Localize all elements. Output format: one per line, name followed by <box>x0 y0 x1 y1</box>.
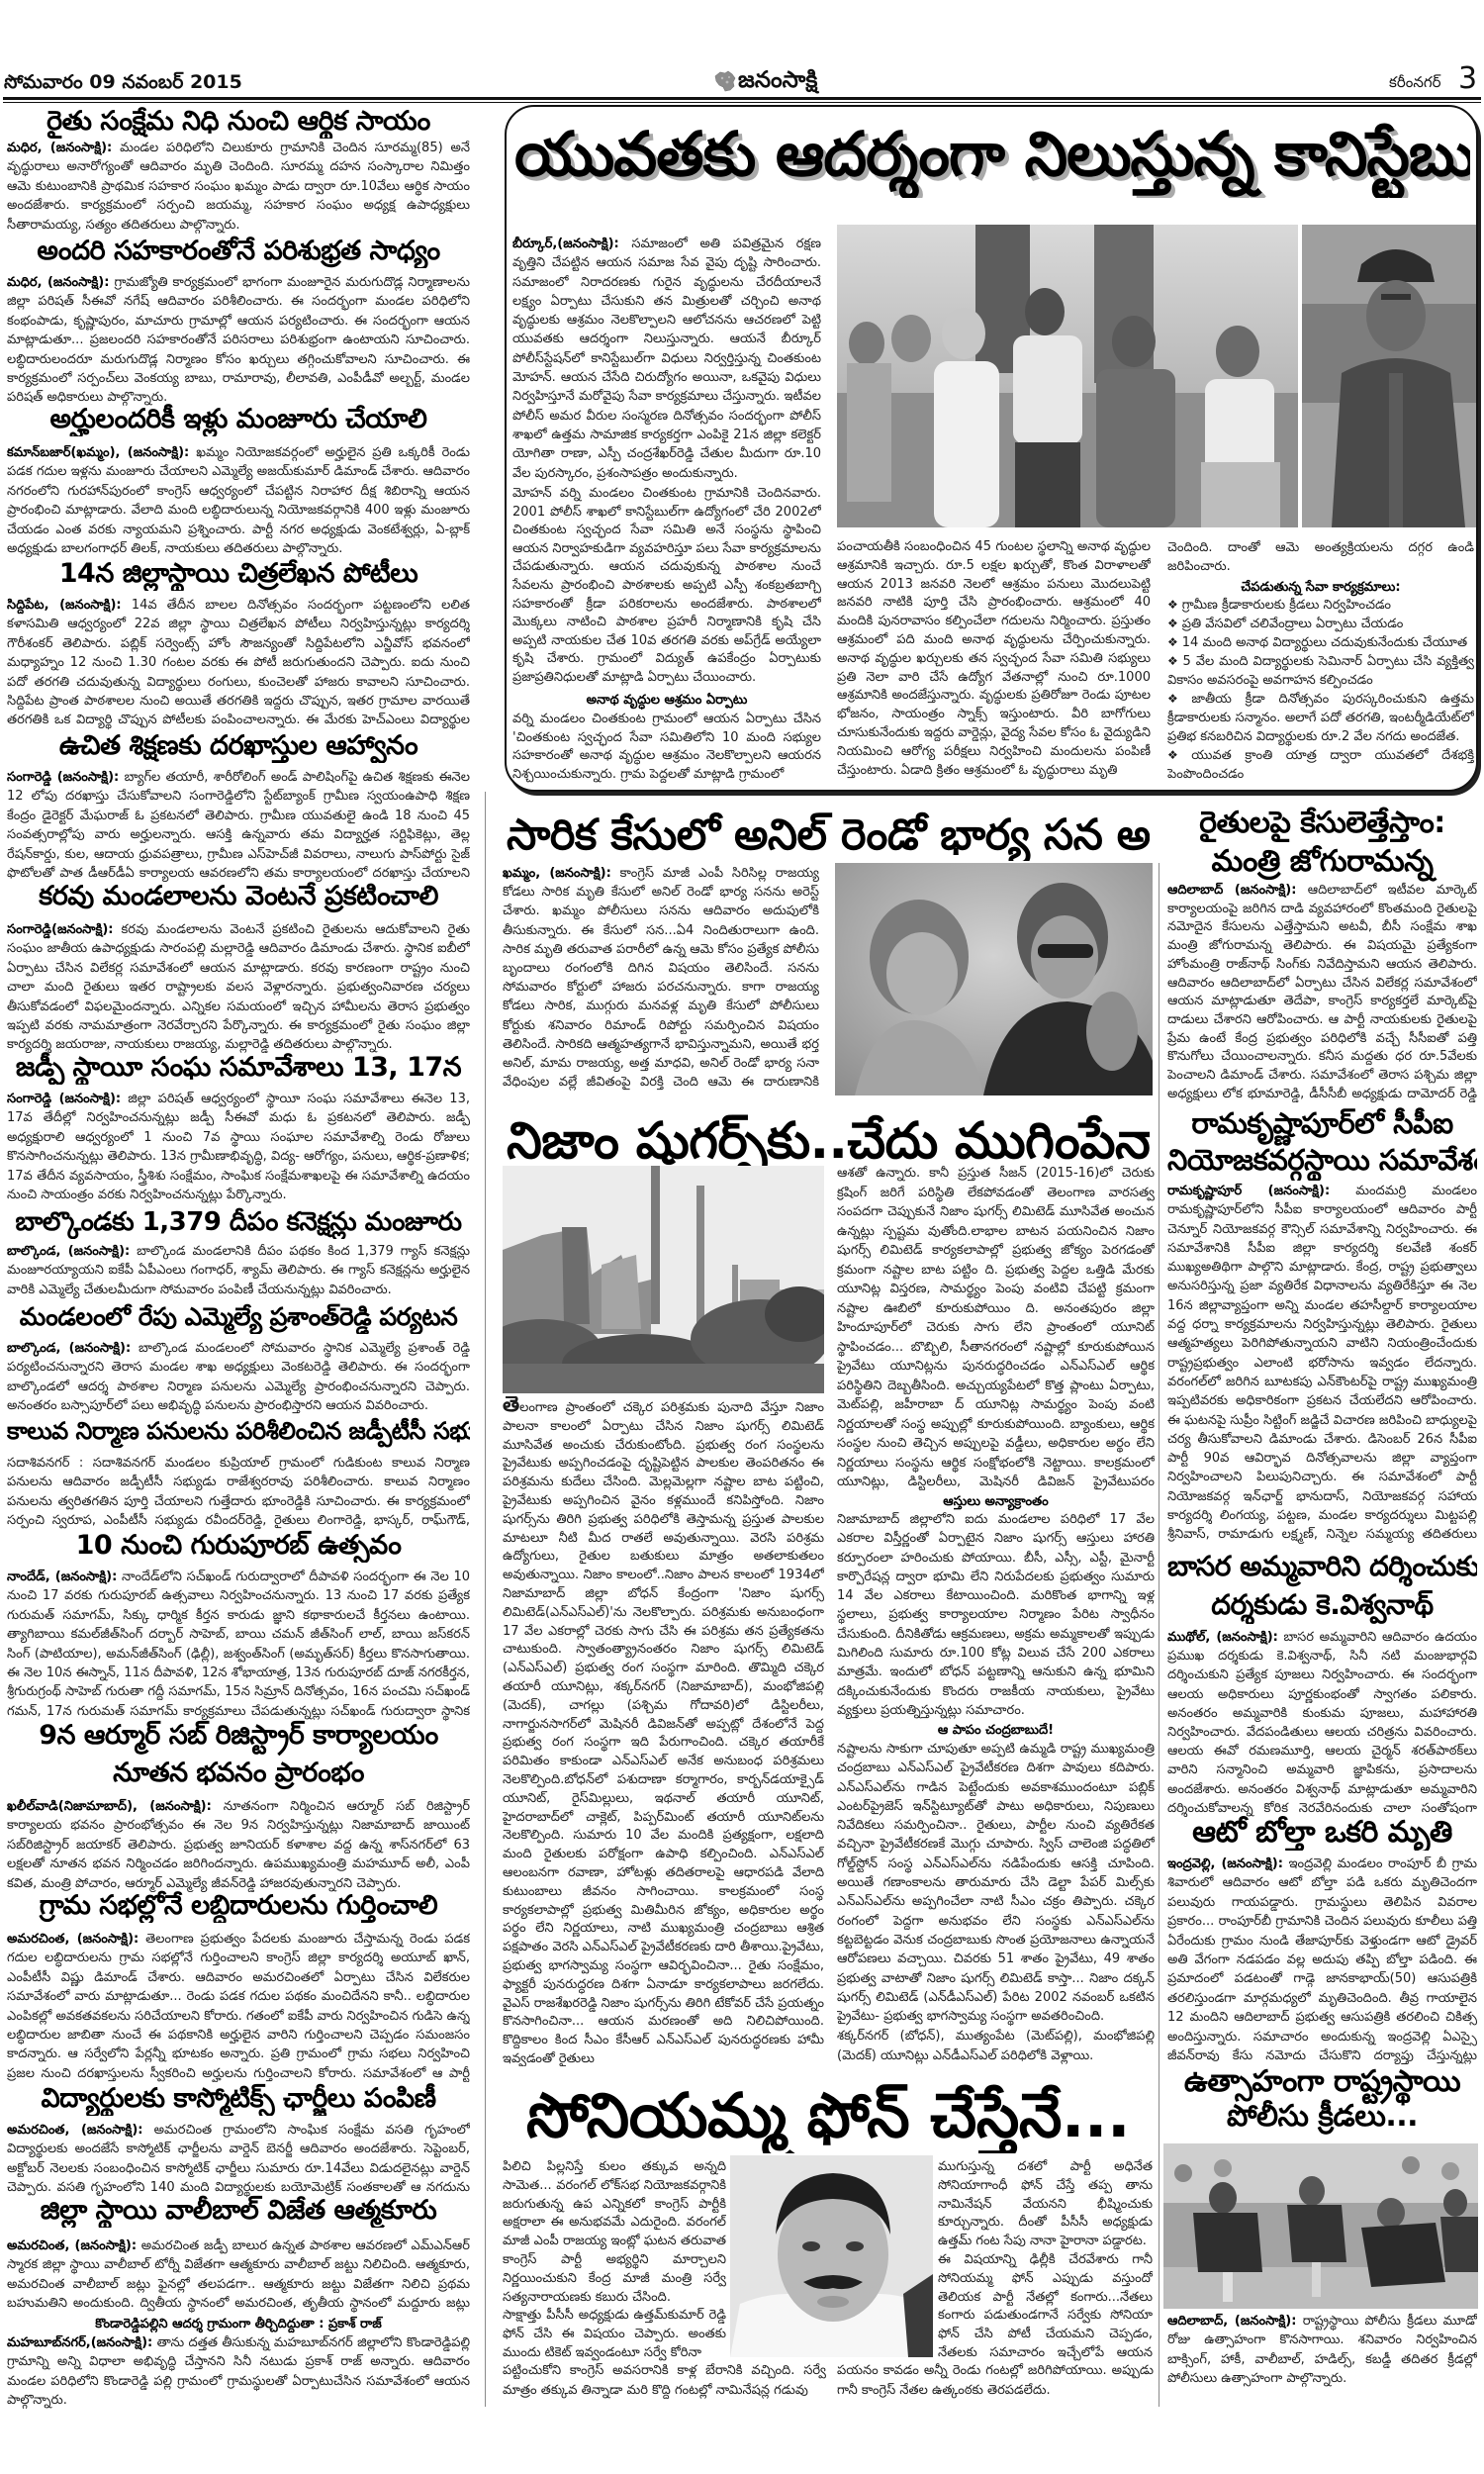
bullet-icon: ❖ <box>1167 748 1187 762</box>
nizam-subheading: ఆస్తులు అన్యాక్రాంతం <box>837 1492 1155 1511</box>
article-headline: రైతు సంక్షేమ నిధి నుంచి ఆర్థిక సాయం <box>7 105 470 139</box>
dateline: ఇంద్రవెల్లి, (జనంసాక్షి): <box>1167 1856 1283 1871</box>
article-headline: 10 నుంచి గురుపూరబ్ ఉత్సవం <box>7 1529 470 1563</box>
article-body: అమరచింత, (జనంసాక్షి): తెలంగాణ ప్రభుత్వం … <box>7 1930 470 2084</box>
headline-line: పోలీసు క్రీడలు... <box>1167 2099 1477 2134</box>
dateline: సంగారెడ్డి(జనంసాక్షి): <box>7 922 114 937</box>
article-body: బాల్కొండ, (జనంసాక్షి): బాల్కొండ మండలానిక… <box>7 1242 470 1300</box>
article-headline: ఉత్సాహంగా రాష్ట్రస్థాయి పోలీసు క్రీడలు..… <box>1167 2064 1477 2136</box>
dateline: సంగారెడ్డి (జనంసాక్షి): <box>7 1092 121 1106</box>
dateline: నాందేడ్, (జనంసాక్షి): <box>7 1570 117 1584</box>
body-text: లంగాణ ప్రాంతంలో చక్కెర పరిశ్రమకు పునాది … <box>503 1400 824 2066</box>
dateline: ముథోల్, (జనంసాక్షి): <box>1167 1630 1278 1645</box>
headline-line: 9న ఆర్మూర్ సబ్ రిజిస్ట్రార్ కార్యాలయం <box>7 1717 470 1755</box>
headline-line: దర్శకుడు కె.విశ్వనాథ్ <box>1167 1585 1477 1624</box>
headline-line: బాసర అమ్మవారిని దర్శించుకున్న <box>1167 1547 1477 1585</box>
feature-body-p5: చెందింది. దాంతో ఆమె అంత్యక్రియలను దగ్గర … <box>1167 538 1474 576</box>
list-item-text: 14 మంది అనాథ విద్యార్థులు చదువుకునేందుకు… <box>1182 635 1467 650</box>
dateline: అమరచింత, (జనంసాక్షి): <box>7 2123 142 2138</box>
body-text: మందమర్రి మండలం రామకృష్ణాపూర్‌లోని సీపీఐ … <box>1167 1184 1477 1546</box>
bullet-icon: ❖ <box>1167 635 1178 649</box>
nizam-body-right-p2: నిజామాబాద్ జిల్లాలోని ఐదు మండలాల పరిధిలో… <box>837 1510 1155 1720</box>
article-subheadline: కొండారెడ్డిపల్లిని ఆదర్శ గ్రామంగా తీర్చి… <box>7 2315 470 2333</box>
masthead-rule-thin <box>3 102 1481 103</box>
service-activities-list: ❖గ్రామీణ క్రీడాకారులకు క్రీడలు నిర్వహించ… <box>1167 596 1474 786</box>
headline-line: రైతులపై కేసులెత్తేస్తాం: <box>1167 804 1477 842</box>
masthead-rule-thick <box>3 97 1481 100</box>
sonia-body-right-p2: ఈ విషయాన్ని ఢిల్లీకి చేరవేశారు గానీ సోని… <box>938 2251 1153 2363</box>
dateline: బాల్కొండ, (జనంసాక్షి): <box>7 1244 130 1259</box>
article-body: సంగారెడ్డి (జనంసాక్షి): జిల్లా పరిషత్ ఆధ… <box>7 1090 470 1205</box>
page-number: 3 <box>1458 61 1477 97</box>
body-text: ఆదిలాబాద్‌లో ఇటీవల మార్కెట్ కార్యాలయంపై … <box>1167 883 1477 1103</box>
photo-police-kabaddi-match <box>1163 2143 1478 2309</box>
article-headline: కాలువ నిర్మాణ పనులను పరిశీలించిన జడ్పీటీ… <box>7 1414 470 1448</box>
headline-line: నియోజకవర్గస్థాయి సమావేశం <box>1167 1142 1477 1179</box>
body-text: బ్యాగ్‌ల తయారీ, శారీరోలింగ్ అండ్ పాలిషిం… <box>7 770 470 884</box>
nizam-body-right-p1: ఆశతో ఉన్నారు. కానీ ప్రస్తుత సీజన్ (2015-… <box>837 1164 1155 1492</box>
edition-name: కరీంనగర్ <box>1389 70 1441 94</box>
body-text: ఖమ్మం నియోజకవర్గంలో అర్హులైన ప్రతి ఒక్కర… <box>7 445 470 556</box>
list-item-text: జాతీయ క్రీడా దినోత్సవం పురస్కరించుకుని ఉ… <box>1167 692 1474 744</box>
feature-body-p2: మోహన్ వర్ని మండలం చింతకుంట గ్రామానికి చె… <box>512 485 821 688</box>
feature-body-p4: పంచాయతీకి సంబంధించిన 45 గుంటల స్థలాన్ని … <box>837 538 1151 782</box>
article-body: మధిర, (జనంసాక్షి): గ్రామజ్యోతి కార్యక్రమ… <box>7 273 470 409</box>
article-headline: 14న జిల్లాస్థాయి చిత్రలేఖన పోటీలు <box>7 557 470 591</box>
body-text: నాందేడ్‌లోని సచ్‌ఖండ్ గురుద్వారాలో దీపావ… <box>7 1570 470 1722</box>
article-headline: ఉచిత శిక్షణకు దరఖాస్తుల ఆహ్వానం <box>7 729 470 763</box>
article-body: మధిర, (జనంసాక్షి): మండల పరిధిలోని చిలుకూ… <box>7 139 470 236</box>
sarika-body: ఖమ్మం, (జనంసాక్షి): కాంగ్రెస్ మాజీ ఎంపీ … <box>503 864 819 1094</box>
body-text: జిల్లా పరిషత్ ఆధ్వర్యంలో స్థాయీ సంఘ సమావ… <box>7 1092 470 1202</box>
dateline: రామకృష్ణాపూర్ (జనంసాక్షి): <box>1167 1184 1330 1198</box>
column-divider-right <box>1159 863 1159 2407</box>
column-divider-left <box>485 792 486 2407</box>
article-headline: రైతులపై కేసులెత్తేస్తాం: మంత్రి జోగురామన… <box>1167 804 1477 883</box>
dateline: ఖమ్మం, (జనంసాక్షి): <box>503 866 611 881</box>
dateline: అమరచింత, (జనంసాక్షి): <box>7 2238 137 2253</box>
sonia-body-bottom-left: పట్టించుకోని కాంగ్రెస్ అవసరానికి కాళ్ల బ… <box>503 2361 826 2401</box>
list-item-text: ప్రతి వేసవిలో చలివేంద్రాలు ఏర్పాటు చేయడం <box>1182 617 1404 631</box>
list-item: ❖14 మంది అనాథ విద్యార్థులు చదువుకునేందుక… <box>1167 633 1474 652</box>
article-body: ఇంద్రవెల్లి, (జనంసాక్షి): ఇంద్రవెల్లి మం… <box>1167 1855 1477 2065</box>
photo-elderly-men-at-ashram <box>837 225 1298 527</box>
body-text: బాసర అమ్మవారిని ఆదివారం ఉదయం ప్రముఖ దర్శ… <box>1167 1630 1477 1818</box>
body-text: సమాజంలో అతి పవిత్రమైన రక్షణ వృత్తిని చేప… <box>512 237 821 481</box>
article-headline: బాల్కొండకు 1,379 దీపం కనెక్షన్లు మంజూరు <box>7 1205 470 1239</box>
issue-date: సోమవారం 09 నవంబర్ 2015 <box>4 69 242 95</box>
article-headline: కరవు మండలాలను వెంటనే ప్రకటించాలి <box>7 880 470 913</box>
feature-subheading: చేపడుతున్న సేవా కార్యక్రమాలు: <box>1167 578 1474 597</box>
sonia-body-left-p2: సాక్షాత్తు పీసీసీ అధ్యక్షుడు ఉత్తమ్‌కుమా… <box>503 2307 726 2363</box>
photo-sugar-factory <box>503 1166 824 1393</box>
sonia-headline: సోనియమ్మ ఫోన్ చేస్తేనే... <box>507 2078 1150 2153</box>
dateline: ఖలీల్‌వాడి(నిజామాబాద్), (జనంసాక్షి): <box>7 1799 212 1814</box>
dateline: కమాన్‌బజార్(ఖమ్మం), (జనంసాక్షి): <box>7 445 189 460</box>
list-item: ❖జాతీయ క్రీడా దినోత్సవం పురస్కరించుకుని … <box>1167 690 1474 746</box>
list-item: ❖5 వేల మంది విద్యార్థులకు సెమినార్ ఏర్పా… <box>1167 652 1474 690</box>
article-body: సంగారెడ్డి (జనంసాక్షి): బ్యాగ్‌ల తయారీ, … <box>7 768 470 884</box>
sonia-body-bottom-right: పయనం కావడం అన్నీ రెండు గంటల్లో జరిగిపోయా… <box>837 2361 1154 2401</box>
feature-body-p1: బీర్కూర్,(జనంసాక్షి): సమాజంలో అతి పవిత్ర… <box>512 235 821 484</box>
newspaper-page: సోమవారం 09 నవంబర్ 2015 జనంసాక్షి కరీంనగర… <box>0 0 1484 2474</box>
article-headline: రామకృష్ణాపూర్‌లో సీపీఐ నియోజకవర్గస్థాయి … <box>1167 1105 1477 1181</box>
article-headline: జడ్పీ స్థాయీ సంఘ సమావేశాలు 13, 17న <box>7 1051 470 1085</box>
article-headline: అందరి సహకారంతోనే పరిశుభ్రత సాధ్యం <box>7 235 470 268</box>
bullet-icon: ❖ <box>1167 617 1178 630</box>
feature-subheading: అనాథ వృద్ధుల ఆశ్రమం ఏర్పాటు <box>512 691 821 710</box>
nizam-body-left: తెలంగాణ ప్రాంతంలో చక్కెర పరిశ్రమకు పునాద… <box>503 1396 824 2066</box>
sonia-body-left-p1: పిలిచి పిల్లనిస్తే కులం తక్కువ అన్నది సా… <box>503 2158 726 2307</box>
article-headline: గ్రామ సభల్లోనే లబ్ధిదారులను గుర్తించాలి <box>7 1889 470 1923</box>
article-body: రామకృష్ణాపూర్ (జనంసాక్షి): మందమర్రి మండల… <box>1167 1182 1477 1546</box>
article-body: మహబూబ్‌నగర్,(జనంసాక్షి): తాను దత్తత తీసు… <box>7 2333 470 2411</box>
telangana-map-icon <box>713 70 736 92</box>
feature-headline: యువతకు ఆదర్శంగా నిలుస్తున్న కానిస్టేబుల్ <box>514 111 1470 198</box>
nizam-body-right-p3: నష్టాలను సాకుగా చూపుతూ అప్పటి ఉమ్మడి రాష… <box>837 1740 1155 2027</box>
dateline: ఆదిలాబాద్, (జనంసాక్షి): <box>1167 2314 1296 2329</box>
newspaper-logo: జనంసాక్షి <box>738 65 817 95</box>
dateline: బీర్కూర్,(జనంసాక్షి): <box>512 237 619 251</box>
list-item-text: గ్రామీణ క్రీడాకారులకు క్రీడలు నిర్వహించడ… <box>1182 598 1391 613</box>
photo-politician-portrait <box>730 2155 933 2357</box>
dateline: మహబూబ్‌నగర్,(జనంసాక్షి): <box>7 2335 152 2350</box>
photo-accused-couple <box>835 863 1153 1095</box>
article-body: అమరచింత, (జనంసాక్షి): అమరచింత జడ్పీ బాలు… <box>7 2236 470 2314</box>
article-body: కమాన్‌బజార్(ఖమ్మం), (జనంసాక్షి): ఖమ్మం న… <box>7 443 470 559</box>
article-body: సదాశివనగర్ : సదాశివనగర్ మండలం కుప్రియాల్… <box>7 1454 470 1531</box>
dateline: సదాశివనగర్ : <box>7 1456 83 1471</box>
article-body: ఆదిలాబాద్ (జనంసాక్షి): ఆదిలాబాద్‌లో ఇటీవ… <box>1167 882 1477 1103</box>
body-text: కాంగ్రెస్ మాజీ ఎంపీ సిరిసిల్ల రాజయ్య కోడ… <box>503 866 819 1094</box>
body-text: ఇంద్రవెల్లి మండలం రాంపూర్ బీ గ్రామ శివార… <box>1167 1856 1477 2065</box>
photo-constable-in-uniform <box>1302 225 1476 527</box>
article-headline: జిల్లా స్థాయి వాలీబాల్ విజేత ఆత్మకూరు <box>7 2194 470 2228</box>
article-headline: అర్హులందరికీ ఇళ్లు మంజూరు చేయాలి <box>7 403 470 436</box>
article-body: బాల్కొండ, (జనంసాక్షి): బాల్కొండ మండలంలో … <box>7 1339 470 1416</box>
body-text: కరవు మండలాలను వెంటనే ప్రకటించి రైతులను ఆ… <box>7 922 470 1052</box>
list-item: ❖ప్రతి వేసవిలో చలివేంద్రాలు ఏర్పాటు చేయడ… <box>1167 615 1474 633</box>
headline-line: ఉత్సాహంగా రాష్ట్రస్థాయి <box>1167 2064 1477 2099</box>
article-headline: విద్యార్థులకు కాస్మోటిక్స్ ఛార్జీలు పంపి… <box>7 2082 470 2116</box>
dateline: బాల్కొండ, (జనంసాక్షి): <box>7 1341 131 1356</box>
dateline: సిద్దిపేట, (జనంసాక్షి): <box>7 598 122 613</box>
list-item: ❖యువత క్రాంతి యాత్ర ద్వారా యువతలో దేశభక్… <box>1167 746 1474 784</box>
drop-cap: తె <box>503 1396 519 1417</box>
article-body: సిద్దిపేట, (జనంసాక్షి): 14వ తేదీన బాలల ద… <box>7 596 470 731</box>
nizam-body-right-p4: శక్కర్‌నగర్ (బోధన్), ముత్యంపేట (మెట్‌పల్… <box>837 2027 1155 2066</box>
list-item-text: 5 వేల మంది విద్యార్థులకు సెమినార్ ఏర్పాట… <box>1167 654 1474 688</box>
dateline: మధిర, (జనంసాక్షి): <box>7 141 112 155</box>
headline-line: మంత్రి జోగురామన్న <box>1167 842 1477 881</box>
dateline: అమరచింత, (జనంసాక్షి): <box>7 1932 139 1947</box>
body-text: తెలంగాణ ప్రభుత్వం పేదలకు మంజూరు చేస్తామన… <box>7 1932 470 2084</box>
article-body: అమరచింత, (జనంసాక్షి): అమరచింత గ్రామంలోని… <box>7 2121 470 2198</box>
body-text: గ్రామజ్యోతి కార్యక్రమంలో భాగంగా మంజూరైన … <box>7 275 470 405</box>
nizam-subheading: ఆ పాపం చంద్రబాబుదే! <box>837 1721 1155 1740</box>
article-headline: బాసర అమ్మవారిని దర్శించుకున్న దర్శకుడు క… <box>1167 1547 1477 1624</box>
article-headline: ఆటో బోల్తా ఒకరి మృతి <box>1167 1815 1477 1851</box>
article-body: సంగారెడ్డి(జనంసాక్షి): కరవు మండలాలను వెం… <box>7 920 470 1056</box>
dateline: మధిర, (జనంసాక్షి): <box>7 275 109 290</box>
article-headline: 9న ఆర్మూర్ సబ్ రిజిస్ట్రార్ కార్యాలయం నూ… <box>7 1717 470 1792</box>
bullet-icon: ❖ <box>1167 654 1179 668</box>
dateline: సంగారెడ్డి (జనంసాక్షి): <box>7 770 119 785</box>
sonia-body-right-p1: ముగుస్తున్న దశలో పార్టీ అధినేత సోనియాగాం… <box>938 2158 1153 2251</box>
body-text: 14వ తేదీన బాలల దినోత్సవం సందర్భంగా పట్టణ… <box>7 598 470 731</box>
bullet-icon: ❖ <box>1167 598 1178 612</box>
sarika-headline: సారిక కేసులో అనిల్ రెండో భార్య సన అరెస్ట… <box>507 809 1150 861</box>
article-body: ఆదిలాబాద్, (జనంసాక్షి): రాష్ట్రస్థాయి పో… <box>1167 2312 1477 2389</box>
feature-body-p3: వర్ని మండలం చింతకుంట గ్రామంలో ఆయన ఏర్పాట… <box>512 711 821 786</box>
list-item-text: యువత క్రాంతి యాత్ర ద్వారా యువతలో దేశభక్త… <box>1167 748 1474 782</box>
article-body: ఖలీల్‌వాడి(నిజామాబాద్), (జనంసాక్షి): నూత… <box>7 1797 470 1894</box>
article-body: నాందేడ్, (జనంసాక్షి): నాందేడ్‌లోని సచ్‌ఖ… <box>7 1568 470 1722</box>
headline-line: నూతన భవనం ప్రారంభం <box>7 1755 470 1792</box>
headline-line: రామకృష్ణాపూర్‌లో సీపీఐ <box>1167 1105 1477 1142</box>
dateline: ఆదిలాబాద్ (జనంసాక్షి): <box>1167 883 1296 898</box>
bullet-icon: ❖ <box>1167 692 1187 706</box>
article-headline: మండలంలో రేపు ఎమ్మెల్యే ప్రశాంత్‌రెడ్డి ప… <box>7 1300 470 1334</box>
article-body: ముథోల్, (జనంసాక్షి): బాసర అమ్మవారిని ఆది… <box>1167 1628 1477 1818</box>
nizam-sugars-headline: నిజాం షుగర్స్‌కు..చేదు ముగింపేనా? <box>507 1114 1150 1170</box>
list-item: ❖గ్రామీణ క్రీడాకారులకు క్రీడలు నిర్వహించ… <box>1167 596 1474 615</box>
